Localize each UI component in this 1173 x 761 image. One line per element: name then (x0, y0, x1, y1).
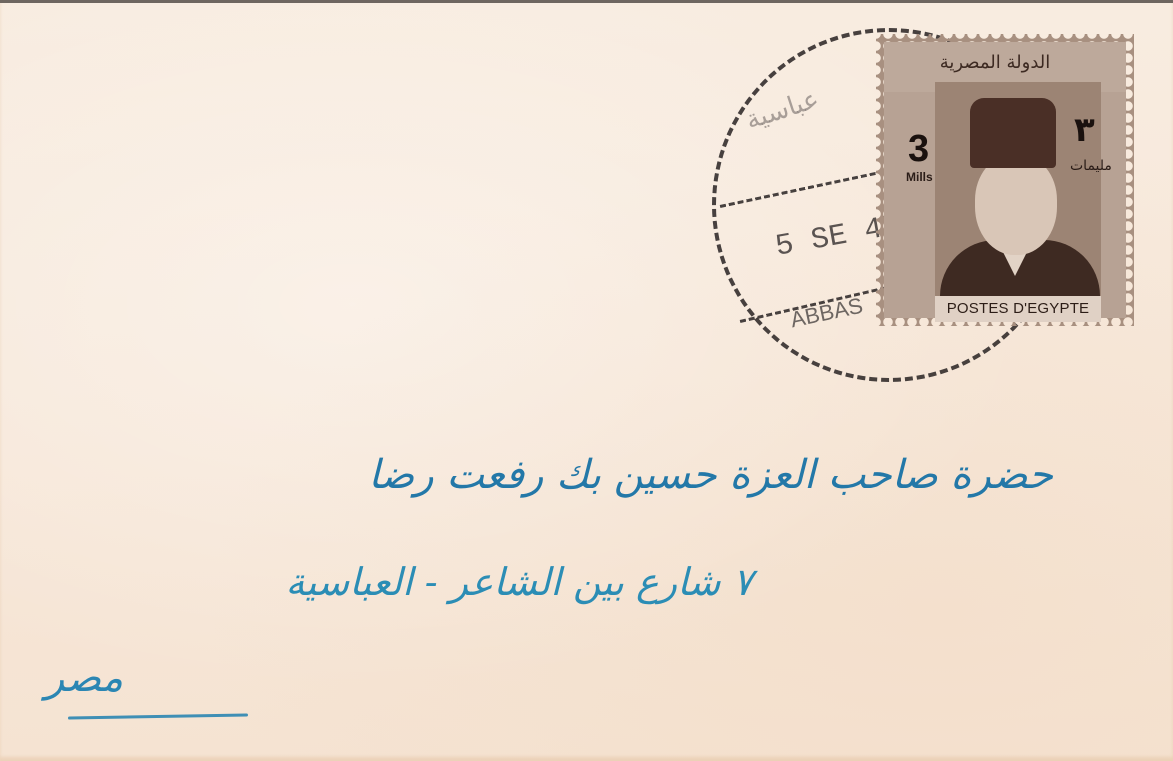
stamp-country-french: POSTES D'EGYPTE (935, 300, 1101, 317)
address-line-city: مصر (45, 655, 123, 701)
stamp-unit-latin: Mills (906, 170, 933, 184)
address-line-recipient: حضرة صاحب العزة حسين بك رفعت رضا (368, 452, 1053, 498)
stamp-country-arabic: الدولة المصرية (920, 52, 1070, 73)
stamp-value-arabic: ٣ (1074, 110, 1095, 150)
stamp-value-latin: 3 (908, 128, 929, 171)
portrait-fez (970, 98, 1056, 168)
address-line-street: ٧ شارع بين الشاعر - العباسية (285, 560, 753, 604)
portrait-face (975, 155, 1057, 255)
stamp-unit-arabic: مليمات (1070, 158, 1112, 174)
